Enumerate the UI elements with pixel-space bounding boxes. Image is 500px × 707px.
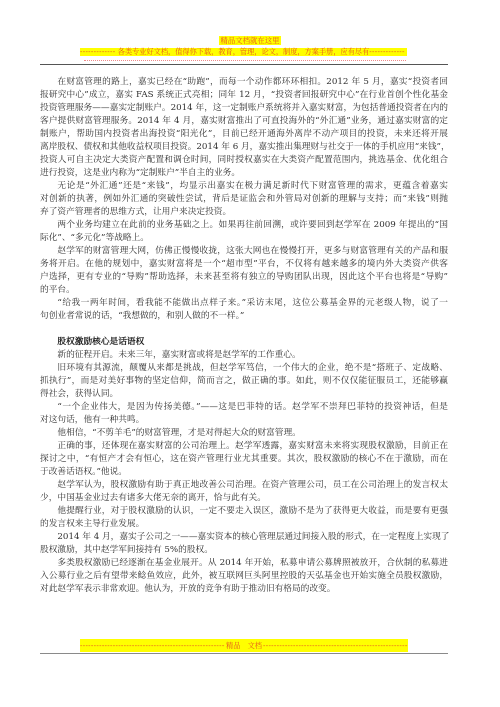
paragraph: 赵学军的财富管理大网，仿佛正慢慢收拢，这张大网也在慢慢打开，更多与财富管理有关的… [40, 245, 448, 297]
text-line: 赵学军的财富管理大网，仿佛正慢慢收拢，这张大网也在慢慢打开，更多与财富管理有关的… [40, 245, 448, 258]
text-line: 股权激励，其中赵学军间接持有 5%的股权。 [40, 544, 448, 557]
text-line: 新的征程开启。未来三年，嘉实财富或将是赵学军的工作重心。 [40, 349, 448, 362]
text-line: 对创新的执著，例如外汇通的突破性尝试，背后是证监会和外管局对创新的理解与支持；而… [40, 193, 448, 206]
text-line: 报研究中心”成立，嘉实 FAS 系统正式亮相；同年 12 月，“投资者回报研究中… [40, 89, 448, 102]
footer-dashes-right: ----------------------------------------… [263, 639, 408, 652]
text-line: 务将开启。在他的规划中，嘉实财富将是一个“超市型”平台，不仅将有越来越多的境内外… [40, 258, 448, 271]
text-line: 入公募行业之后有望带来鲶鱼效应，此外，被互联网巨头阿里控股的天弘基金也开始实施全… [40, 570, 448, 583]
paragraph: 两个业务均建立在此前的业务基础之上。如果再往前回溯，或许要回到赵学军在 2009… [40, 219, 448, 245]
header-dotted-divider [84, 60, 406, 61]
text-line: 旧环境有其源流，颠覆从来都是挑战，但赵学军笃信，一个伟大的企业，绝不是“搭班子、… [40, 362, 448, 375]
text-line: 客户提供财富管理服务。2014 年 4 月，嘉实财富推出了可直投海外的“外汇通”… [40, 115, 448, 128]
paragraph: 旧环境有其源流，颠覆从来都是挑战，但赵学军笃信，一个伟大的企业，绝不是“搭班子、… [40, 362, 448, 401]
text-line: 弃了资产管理者的思维方式，让用户来决定投资。 [40, 206, 448, 219]
paragraph: 他提醒行业，对于股权激励的认识，一定不要走入误区，激励不是为了获得更大收益，而是… [40, 505, 448, 531]
header-title-row: 精品文档就在这里 [0, 37, 500, 45]
header-subtitle-banner: ------------- 各类专业好文档，值得你下载，教育，管理，论文，制度，… [80, 48, 407, 56]
blank-line [40, 323, 448, 336]
paragraph: 多类股权激励已经逐渐在基金业展开。从 2014 年开始，私募申请公募牌照被放开，… [40, 557, 448, 596]
footer-banner: ----------------------------------------… [80, 639, 408, 652]
footer-rule [40, 653, 448, 654]
paragraph: “给我一两年时间，看我能不能做出点样子来。”采访末尾，这位公募基金界的元老级人物… [40, 297, 448, 323]
text-line: 句创业者常说的话，“我想做的，和别人做的不一样。” [40, 310, 448, 323]
text-line: 投资管理服务——嘉实定制账户。2014 年，这一定制账户系统将并入嘉实财富，为包… [40, 102, 448, 115]
text-line: 离岸股权、债权和其他收益权项目投资。2014 年 6 月，嘉实推出集理财与社交于… [40, 141, 448, 154]
paragraph: 2014 年 4 月，嘉实子公司之一——嘉实资本的核心管理层通过间接入股的形式，… [40, 531, 448, 557]
article-body: 在财富管理的路上，嘉实已经在“助跑”，而每一个动作都环环相扣。2012 年 5 … [40, 76, 448, 596]
text-line: 进行投资，这是业内称为“定制账户”半自主的业务。 [40, 167, 448, 180]
text-line: 多类股权激励已经逐渐在基金业展开。从 2014 年开始，私募申请公募牌照被放开，… [40, 557, 448, 570]
paragraph: 无论是“外汇通”还是“来钱”，均显示出嘉实在极力满足新时代下财富管理的需求，更蕴… [40, 180, 448, 219]
text-line: 际化”、“多元化”等战略上。 [40, 232, 448, 245]
header-dashes-right: ------------- [369, 48, 407, 56]
header-subtitle: 各类专业好文档，值得你下载，教育，管理，论文，制度，方案手册，应有尽有 [118, 48, 370, 56]
text-line: 对这句话，他有一种共鸣。 [40, 414, 448, 427]
text-line: “一个企业伟大，是因为传扬美德。”——这是巴菲特的话。赵学军不崇拜巴菲特的投资神… [40, 401, 448, 414]
text-line: 正确的事，还体现在嘉实财富的公司治理上。赵学军透露，嘉实财富未来将实现股权激励，… [40, 440, 448, 453]
text-line: 他提醒行业，对于股权激励的认识，一定不要走入误区，激励不是为了获得更大收益，而是… [40, 505, 448, 518]
text-line: 制账户，帮助国内投资者出海投资“阳光化”，目前已经开通海外离岸不动产项目的投资，… [40, 128, 448, 141]
header-title: 精品文档就在这里 [219, 36, 280, 45]
text-line: 投资人可自主决定大类资产配置和调仓时间，同时授权嘉实在大类资产配置范围内，挑选基… [40, 154, 448, 167]
text-line: 的发言权来主导行业发展。 [40, 518, 448, 531]
text-line: 探讨之中，“有恒产才会有恒心，这在资产管理行业尤其重要。其次，股权激励的核心不在… [40, 453, 448, 466]
paragraph: 赵学军认为，股权激励有助于真正地改善公司治理。在资产管理公司，员工在公司治理上的… [40, 479, 448, 505]
footer-dashes-left: ----------------------------------------… [80, 639, 225, 652]
paragraph: 新的征程开启。未来三年，嘉实财富或将是赵学军的工作重心。 [40, 349, 448, 362]
header-rule [40, 64, 448, 65]
text-line: 对此赵学军表示非常欢迎。他认为，开放的竞争有助于推动旧有格局的改变。 [40, 583, 448, 596]
text-line: 在财富管理的路上，嘉实已经在“助跑”，而每一个动作都环环相扣。2012 年 5 … [40, 76, 448, 89]
text-line: 的平台。 [40, 284, 448, 297]
text-line: 他相信，“不剪羊毛”的财富管理，才是对得起大众的财富管理。 [40, 427, 448, 440]
text-line: 于改善话语权。”他说。 [40, 466, 448, 479]
text-line: 少，中国基金业过去有诸多大佬无奈的离开，恰与此有关。 [40, 492, 448, 505]
paragraph: 正确的事，还体现在嘉实财富的公司治理上。赵学军透露，嘉实财富未来将实现股权激励，… [40, 440, 448, 479]
paragraph: 他相信，“不剪羊毛”的财富管理，才是对得起大众的财富管理。 [40, 427, 448, 440]
text-line: 赵学军认为，股权激励有助于真正地改善公司治理。在资产管理公司，员工在公司治理上的… [40, 479, 448, 492]
paragraph: 在财富管理的路上，嘉实已经在“助跑”，而每一个动作都环环相扣。2012 年 5 … [40, 76, 448, 180]
text-line: 无论是“外汇通”还是“来钱”，均显示出嘉实在极力满足新时代下财富管理的需求，更蕴… [40, 180, 448, 193]
text-line: “给我一两年时间，看我能不能做出点样子来。”采访末尾，这位公募基金界的元老级人物… [40, 297, 448, 310]
text-line: 得社会，获得认同。 [40, 388, 448, 401]
footer-label: 精品 文档 [225, 639, 263, 652]
header-dashes-left: ------------- [80, 48, 118, 56]
section-heading: 股权激励核心是话语权 [40, 336, 448, 349]
text-line: 两个业务均建立在此前的业务基础之上。如果再往前回溯，或许要回到赵学军在 2009… [40, 219, 448, 232]
text-line: 2014 年 4 月，嘉实子公司之一——嘉实资本的核心管理层通过间接入股的形式，… [40, 531, 448, 544]
text-line: 户选择，更有专业的“导购”帮助选择，未来甚至将有独立的导购团队出现，因此这个平台… [40, 271, 448, 284]
text-line: 抓执行”，而是对美好事物的坚定信仰，简而言之，做正确的事。如此，则不仅仅能征服员… [40, 375, 448, 388]
paragraph: “一个企业伟大，是因为传扬美德。”——这是巴菲特的话。赵学军不崇拜巴菲特的投资神… [40, 401, 448, 427]
